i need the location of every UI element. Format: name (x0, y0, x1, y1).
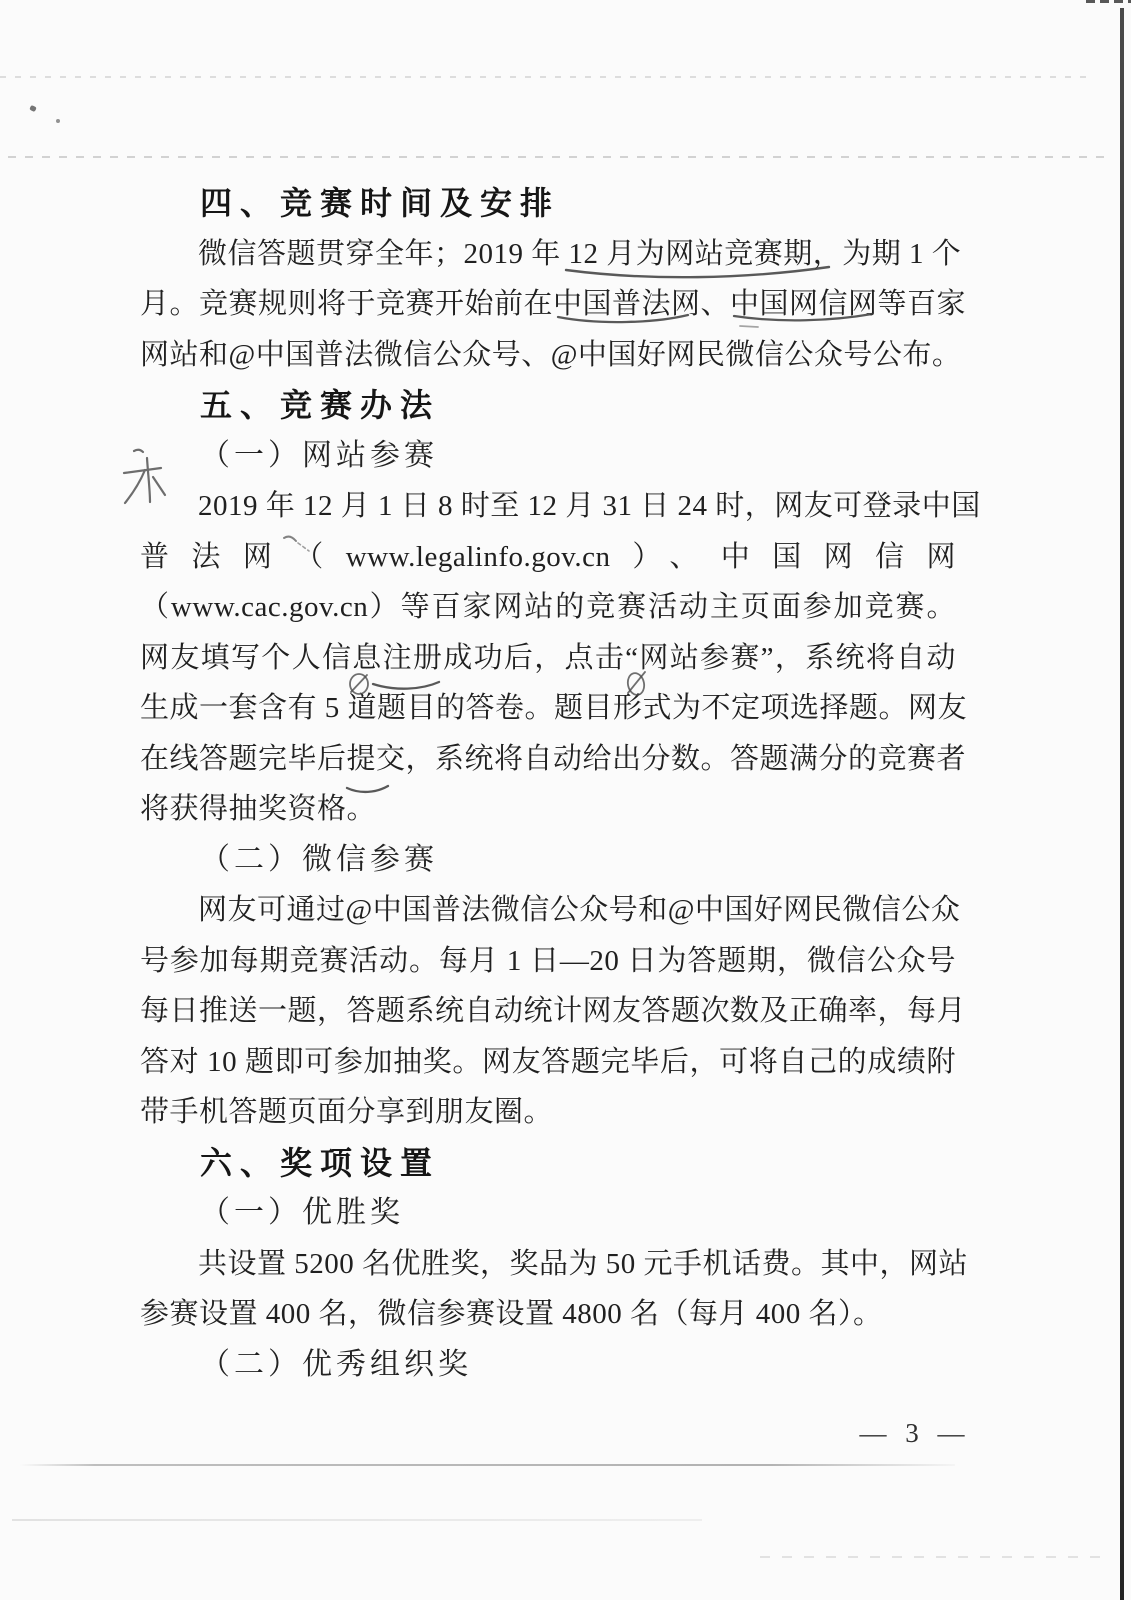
scan-faint-rule-lower (12, 1519, 702, 1521)
text-line: 每日推送一题，答题系统自动统计网友答题次数及正确率，每月 (140, 986, 956, 1037)
scan-dashed-line-upper (8, 156, 1106, 158)
text-line: 月。竞赛规则将于竞赛开始前在中国普法网、中国网信网等百家 (140, 279, 956, 330)
scan-faint-rule-bottom (20, 1464, 955, 1466)
section-heading: 六、奖项设置 (200, 1138, 956, 1189)
text-line: 带手机答题页面分享到朋友圈。 (140, 1087, 956, 1138)
scan-speck (56, 119, 60, 123)
text-line: 号参加每期竞赛活动。每月 1 日—20 日为答题期，微信公众号 (140, 936, 956, 987)
scan-speck (29, 105, 37, 112)
text-line: 网友可通过@中国普法微信公众号和@中国好网民微信公众 (140, 885, 956, 936)
text-line: 普法网（www.legalinfo.gov.cn）、中国网信网 (140, 532, 956, 583)
sub-heading: （一）网站参赛 (200, 431, 956, 482)
text-line: 网友填写个人信息注册成功后，点击“网站参赛”，系统将自动 (140, 633, 956, 684)
text-line: 共设置 5200 名优胜奖，奖品为 50 元手机话费。其中，网站 (140, 1239, 956, 1290)
sub-heading: （二）优秀组织奖 (200, 1340, 956, 1391)
scan-page-edge-line (1120, 8, 1124, 1600)
scan-corner-dash (1086, 0, 1131, 3)
scan-dashed-line-top (0, 76, 1088, 78)
text-line: 网站和@中国普法微信公众号、@中国好网民微信公众号公布。 (140, 330, 956, 381)
text-line: 将获得抽奖资格。 (140, 784, 956, 835)
page-number: — 3 — (840, 1418, 990, 1449)
text-line: 在线答题完毕后提交，系统将自动给出分数。答题满分的竞赛者 (140, 734, 956, 785)
sub-heading: （一）优胜奖 (200, 1188, 956, 1239)
text-line: 微信答题贯穿全年；2019 年 12 月为网站竞赛期，为期 1 个 (140, 229, 956, 280)
text-line: 生成一套含有 5 道题目的答卷。题目形式为不定项选择题。网友 (140, 683, 956, 734)
scan-dashed-line-bottom (760, 1556, 1110, 1558)
section-heading: 五、竞赛办法 (200, 380, 956, 431)
text-line: （www.cac.gov.cn）等百家网站的竞赛活动主页面参加竞赛。 (140, 582, 956, 633)
document-body: 四、竞赛时间及安排微信答题贯穿全年；2019 年 12 月为网站竞赛期，为期 1… (140, 178, 956, 1390)
sub-heading: （二）微信参赛 (200, 835, 956, 886)
text-line: 答对 10 题即可参加抽奖。网友答题完毕后，可将自己的成绩附 (140, 1037, 956, 1088)
text-line: 参赛设置 400 名，微信参赛设置 4800 名（每月 400 名）。 (140, 1289, 956, 1340)
section-heading: 四、竞赛时间及安排 (200, 178, 956, 229)
page: 四、竞赛时间及安排微信答题贯穿全年；2019 年 12 月为网站竞赛期，为期 1… (0, 0, 1131, 1600)
text-line: 2019 年 12 月 1 日 8 时至 12 月 31 日 24 时，网友可登… (140, 481, 956, 532)
